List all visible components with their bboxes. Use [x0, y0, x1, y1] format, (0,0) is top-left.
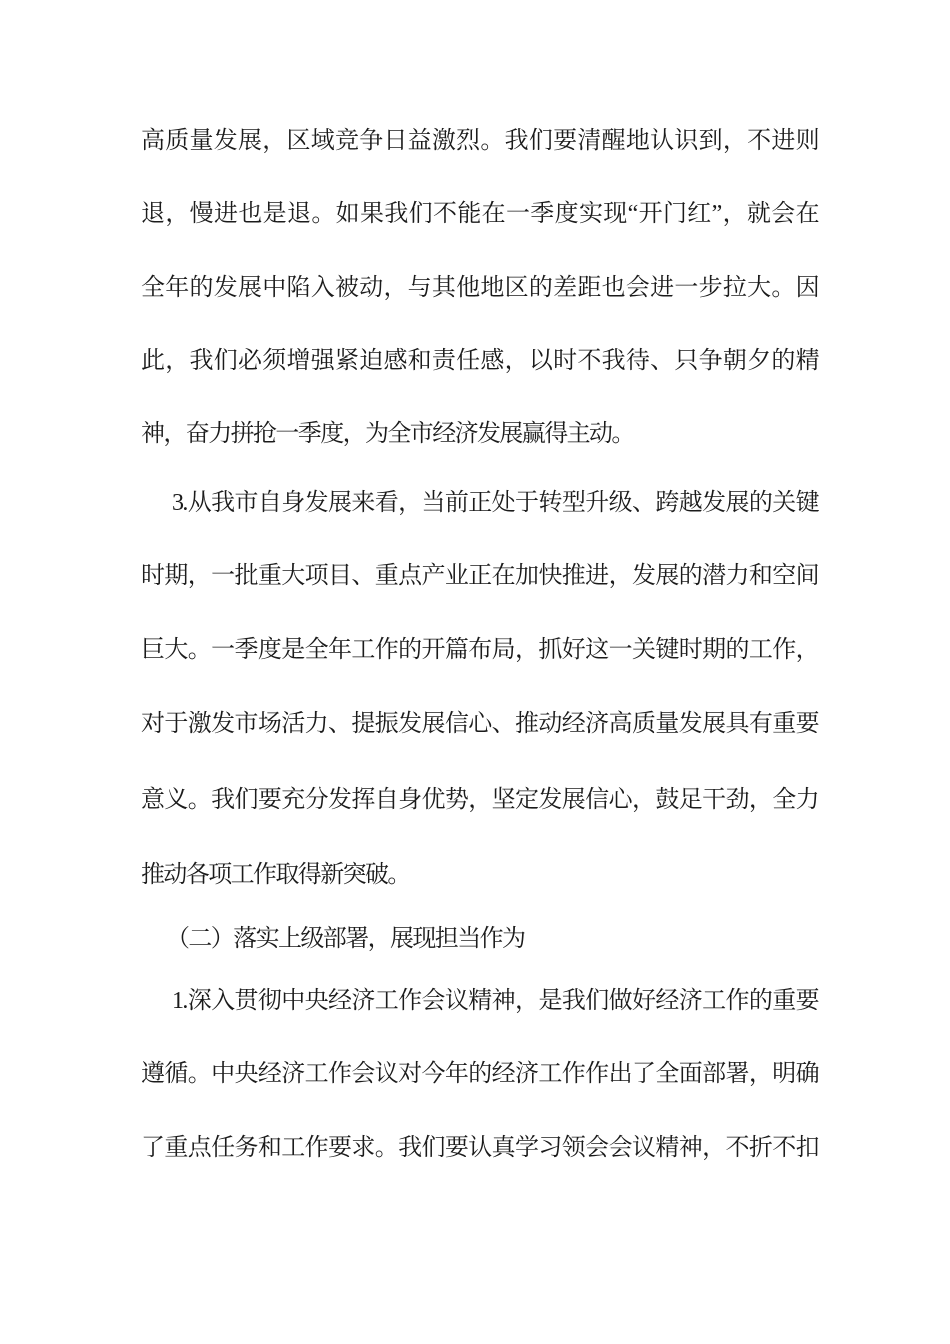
text-line: 巨大。一季度是全年工作的开篇布局，抓好这一关键时期的工作，	[141, 636, 818, 664]
text-line: 遵循。中央经济工作会议对今年的经济工作作出了全面部署，明确	[141, 1060, 818, 1088]
text-line: 神，奋力拼抢一季度，为全市经济发展赢得主动。	[141, 420, 818, 448]
text-line: 退，慢进也是退。如果我们不能在一季度实现“开门红”，就会在	[141, 200, 818, 228]
paragraph-start-line: 3.从我市自身发展来看，当前正处于转型升级、跨越发展的关键	[141, 489, 818, 517]
text-line: 了重点任务和工作要求。我们要认真学习领会会议精神，不折不扣	[141, 1134, 818, 1162]
text-line: 时期，一批重大项目、重点产业正在加快推进，发展的潜力和空间	[141, 562, 818, 590]
paragraph-start-line: 1.深入贯彻中央经济工作会议精神，是我们做好经济工作的重要	[141, 987, 818, 1015]
text-line: 对于激发市场活力、提振发展信心、推动经济高质量发展具有重要	[141, 710, 818, 738]
text-line: 此，我们必须增强紧迫感和责任感，以时不我待、只争朝夕的精	[141, 347, 818, 375]
document-page: 高质量发展，区域竞争日益激烈。我们要清醒地认识到，不进则 退，慢进也是退。如果我…	[0, 0, 950, 1344]
section-heading: （二）落实上级部署，展现担当作为	[141, 925, 818, 953]
text-line: 推动各项工作取得新突破。	[141, 861, 818, 889]
text-line: 高质量发展，区域竞争日益激烈。我们要清醒地认识到，不进则	[141, 127, 818, 155]
text-line: 意义。我们要充分发挥自身优势，坚定发展信心，鼓足干劲，全力	[141, 786, 818, 814]
text-line: 全年的发展中陷入被动，与其他地区的差距也会进一步拉大。因	[141, 274, 818, 302]
